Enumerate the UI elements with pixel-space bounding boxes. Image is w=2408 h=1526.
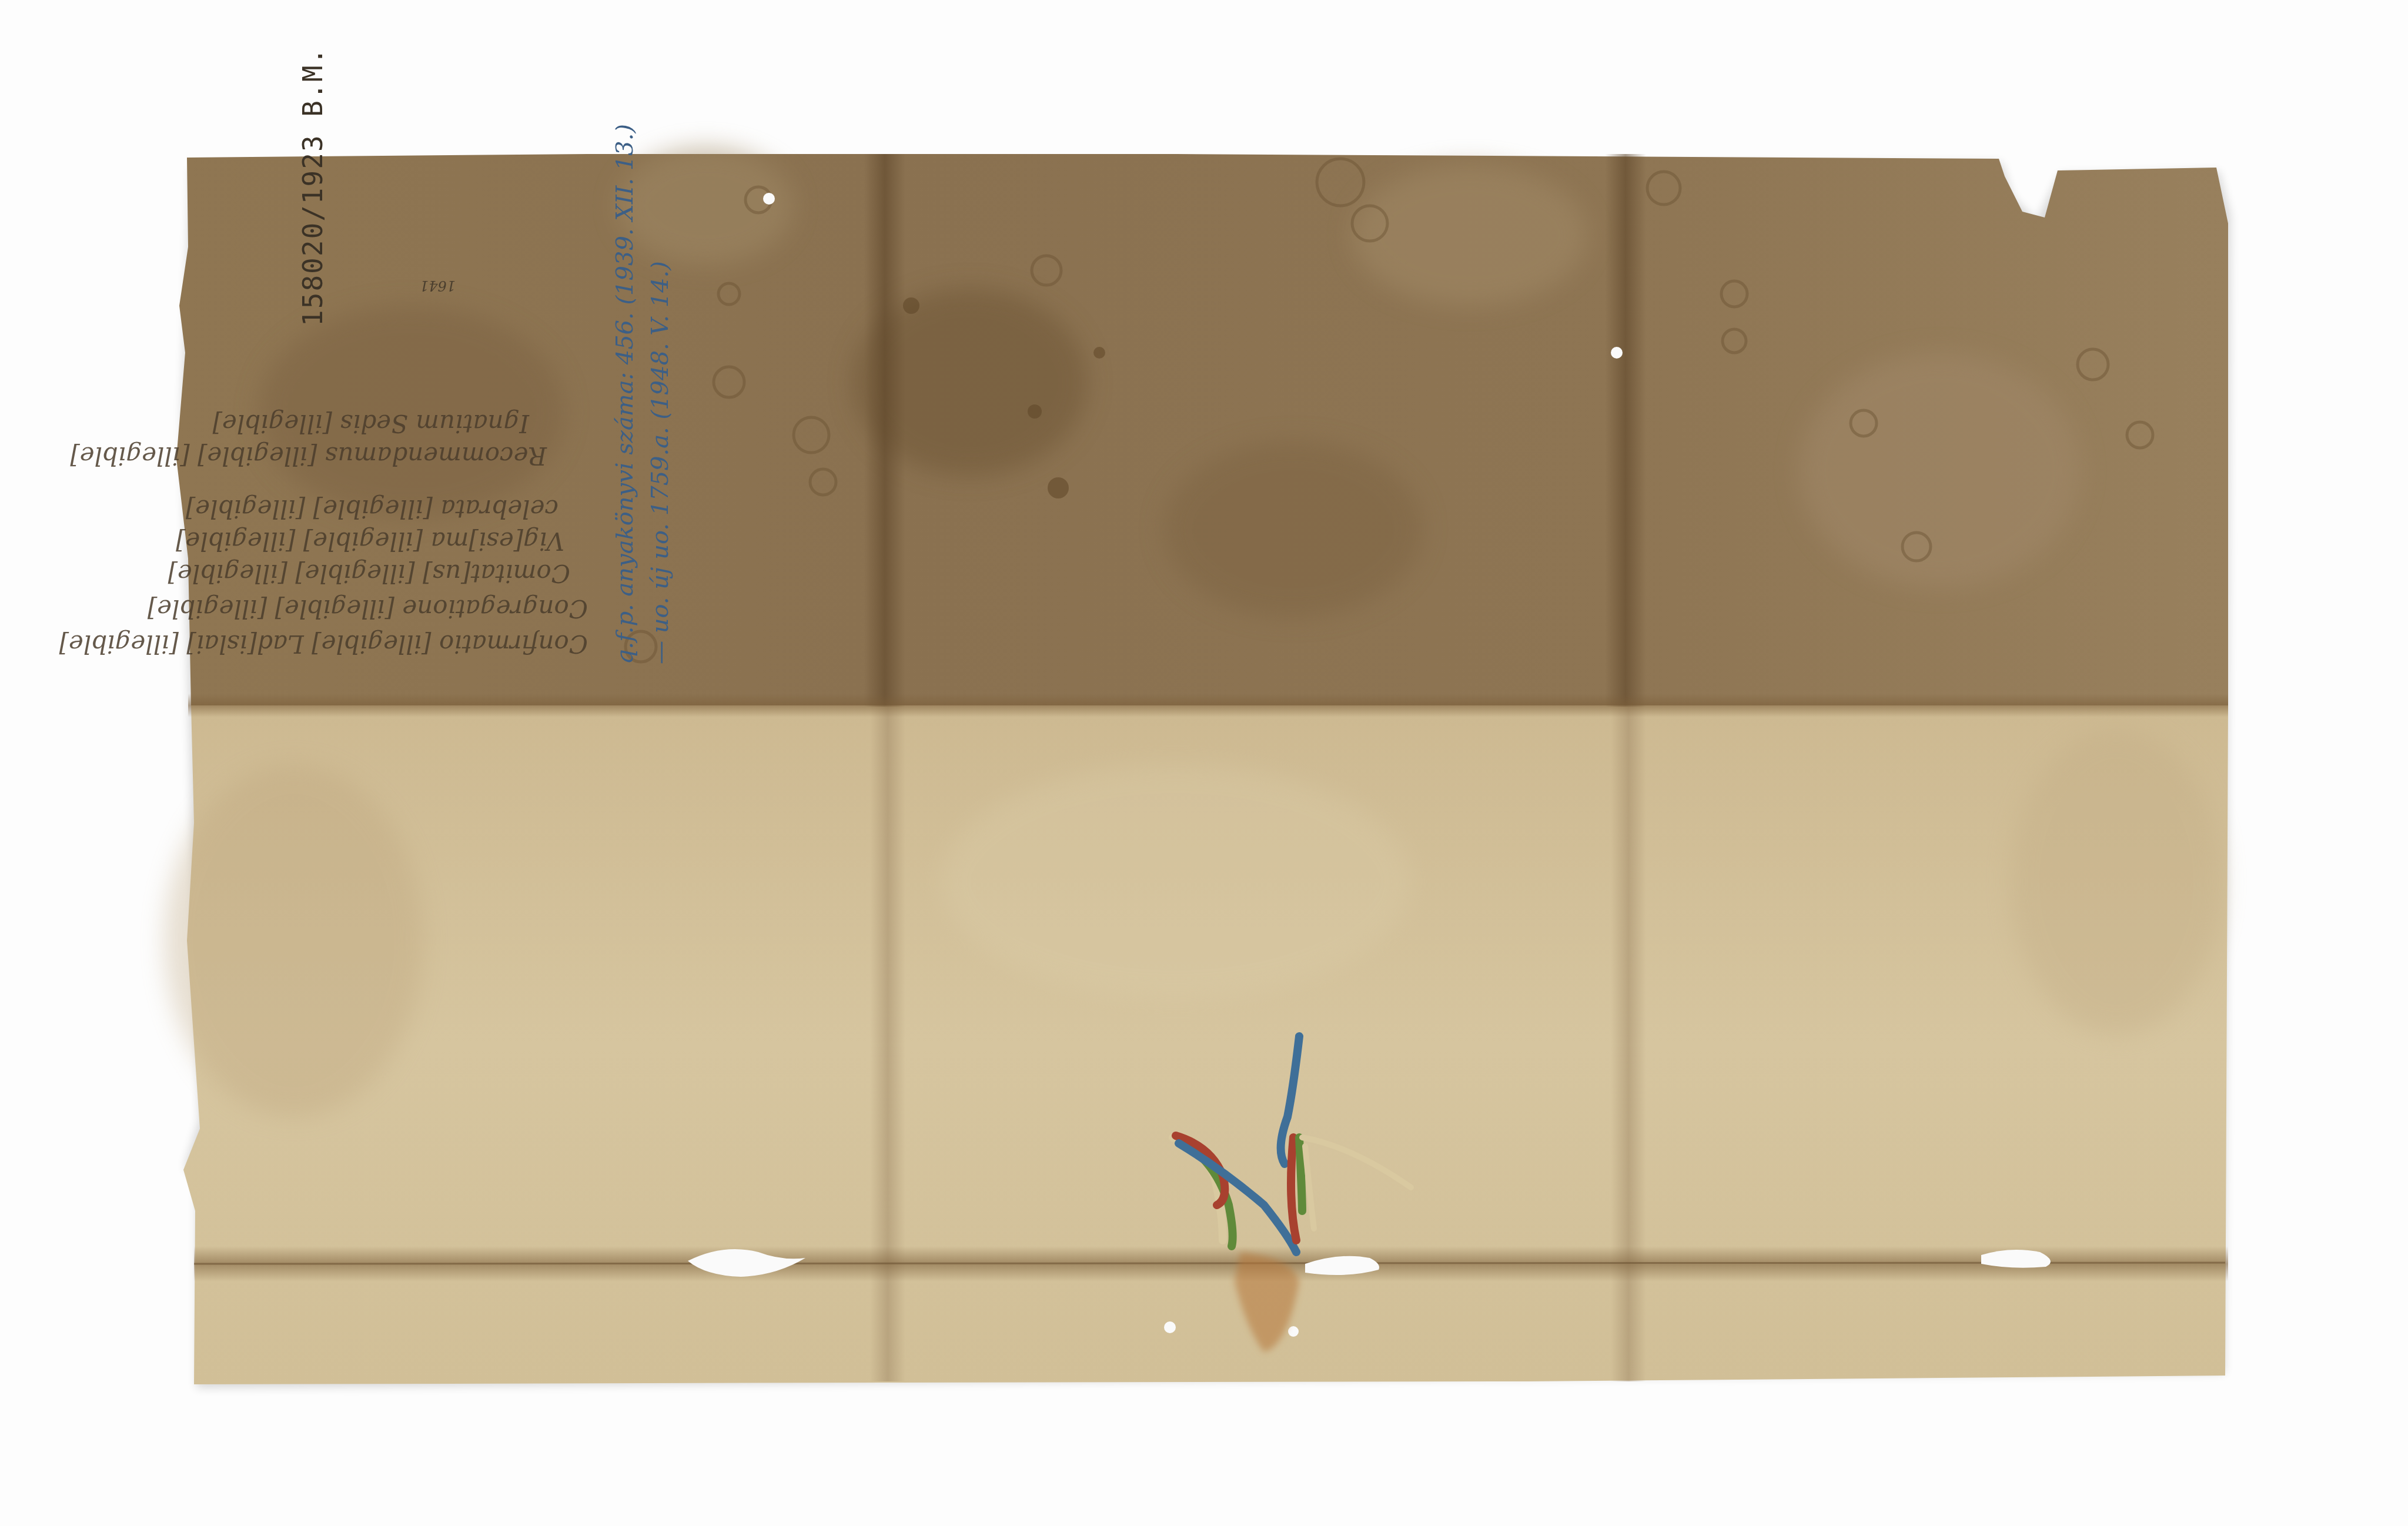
endorsement-line: celebrata [illegible] [illegible] [186, 494, 558, 523]
endorsement-line: Ignatium Sedis [illegible] [213, 409, 529, 438]
endorsement-line: Congregatione [illegible] [illegible] [148, 594, 588, 623]
endorsement-line: Comitat[us] [illegible] [illegible] [168, 559, 570, 588]
small-number-annotation: 1641 [420, 277, 456, 294]
parchment-photo [0, 0, 2408, 1526]
endorsement-line: Vig[esi]ma [illegible] [illegible] [176, 527, 564, 555]
pencil-note-line1: q.f.p. anyakönyvi száma: 456. (1939. XII… [611, 124, 638, 664]
hole-right [1981, 1250, 2051, 1268]
endorsement-line: Confirmatio [illegible] Lad[islai] [ille… [59, 630, 588, 658]
endorsement-line: Recommendamus [illegible] [illegible] [70, 441, 547, 470]
inventory-number: 158020/1923 B.M. [297, 47, 329, 326]
pencil-note-line2: — uo. új uo. 1759.a. (1948. V. 14.) [647, 261, 674, 664]
